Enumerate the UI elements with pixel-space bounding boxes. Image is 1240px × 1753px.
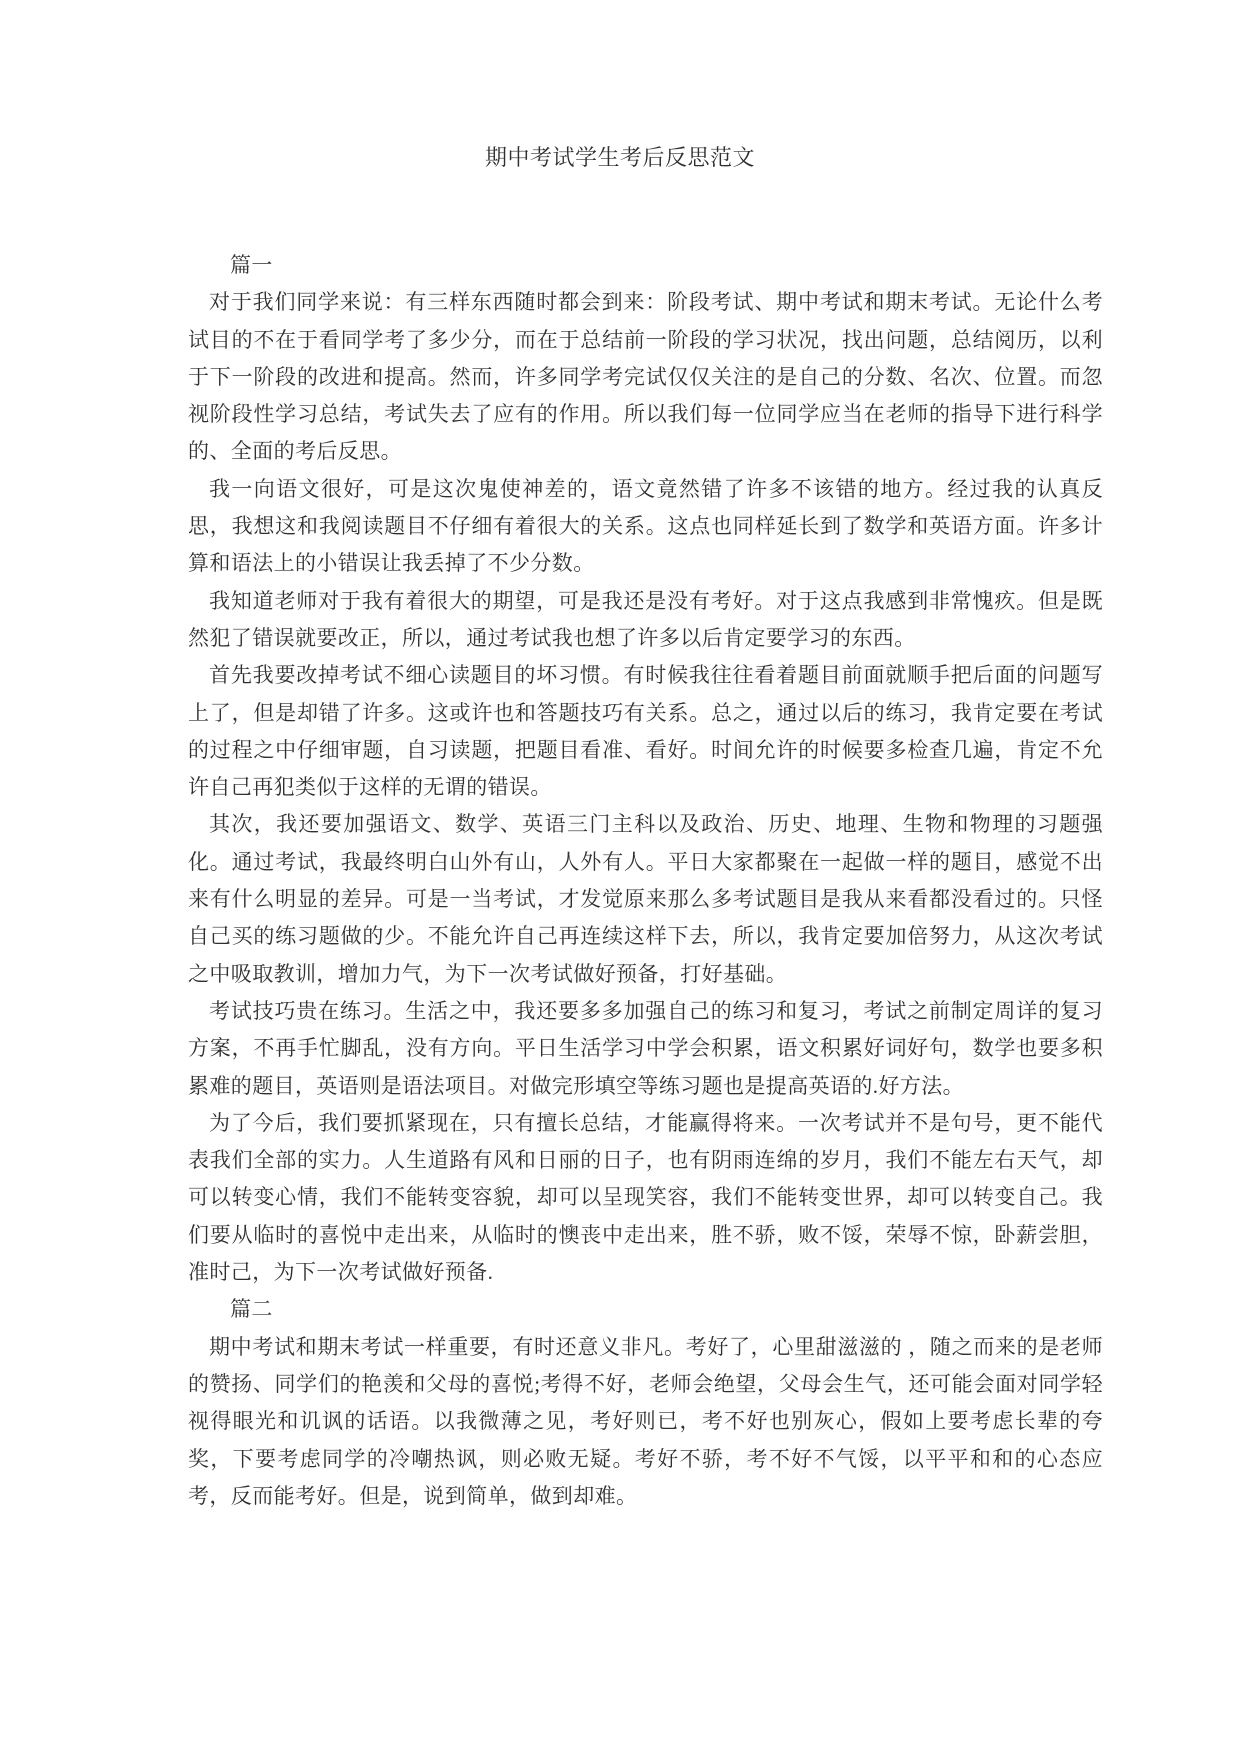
- section-heading-2: 篇二: [188, 1291, 1103, 1328]
- paragraph: 期中考试和期末考试一样重要，有时还意义非凡。考好了，心里甜滋滋的 ，随之而来的是…: [188, 1329, 1103, 1515]
- paragraph: 其次，我还要加强语文、数学、英语三门主科以及政治、历史、地理、生物和物理的习题强…: [188, 806, 1103, 992]
- document-body: 篇一 对于我们同学来说：有三样东西随时都会到来：阶段考试、期中考试和期末考试。无…: [188, 247, 1103, 1515]
- paragraph: 对于我们同学来说：有三样东西随时都会到来：阶段考试、期中考试和期末考试。无论什么…: [188, 284, 1103, 470]
- paragraph: 为了今后，我们要抓紧现在，只有擅长总结，才能赢得将来。一次考试并不是句号，更不能…: [188, 1105, 1103, 1291]
- paragraph: 我一向语文很好，可是这次鬼使神差的，语文竟然错了许多不该错的地方。经过我的认真反…: [188, 471, 1103, 583]
- paragraph: 首先我要改掉考试不细心读题目的坏习惯。有时候我往往看着题目前面就顺手把后面的问题…: [188, 657, 1103, 806]
- paragraph: 考试技巧贵在练习。生活之中，我还要多多加强自己的练习和复习，考试之前制定周详的复…: [188, 993, 1103, 1105]
- paragraph: 我知道老师对于我有着很大的期望，可是我还是没有考好。对于这点我感到非常愧疚。但是…: [188, 583, 1103, 658]
- document-page: 期中考试学生考后反思范文 篇一 对于我们同学来说：有三样东西随时都会到来：阶段考…: [0, 0, 1240, 1753]
- document-title: 期中考试学生考后反思范文: [0, 0, 1240, 172]
- section-heading-1: 篇一: [188, 247, 1103, 284]
